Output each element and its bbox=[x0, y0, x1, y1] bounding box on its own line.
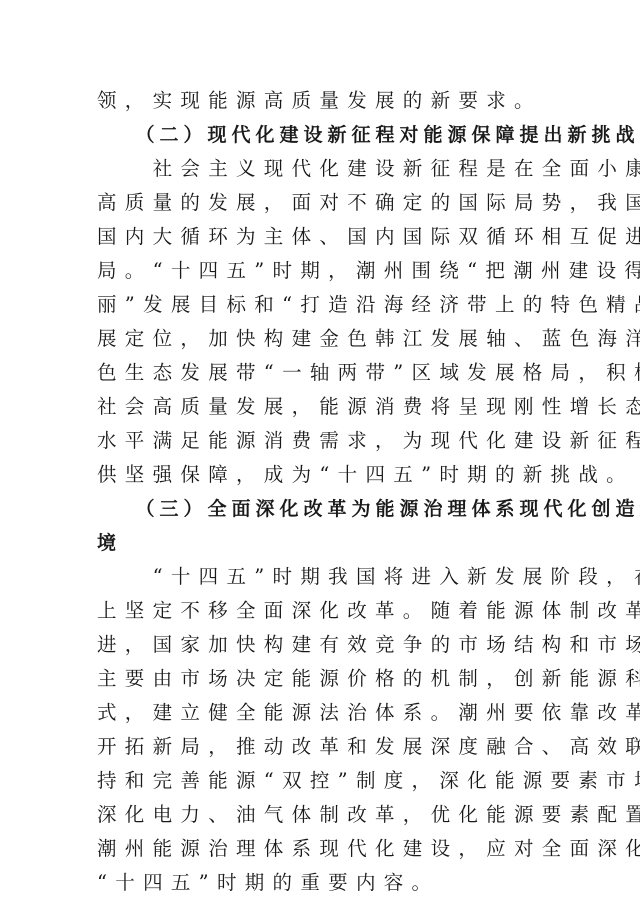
body-text-line: 社会主义现代化建设新征程是在全面小康基础上的更 bbox=[97, 154, 547, 184]
body-text-line: 开拓新局，推动改革和发展深度融合、高效联动，继续坚 bbox=[97, 732, 547, 762]
body-text-line: 高质量的发展，面对不确定的国际局势，我国积极构建以 bbox=[97, 188, 547, 218]
body-text-line: 深化电力、油气体制改革，优化能源要素配置。如何推进 bbox=[97, 800, 547, 830]
body-text-line: 持和完善能源“双控”制度，深化能源要素市场化配置， bbox=[97, 766, 547, 796]
body-text-line: 社会高质量发展，能源消费将呈现刚性增长态势。如何高 bbox=[97, 392, 547, 422]
body-text-line: 国内大循环为主体、国内国际双循环相互促进的新发展格 bbox=[97, 222, 547, 252]
body-text-line: 色生态发展带“一轴两带”区域发展格局，积极推进经济 bbox=[97, 358, 547, 388]
body-text-line: 丽”发展目标和“打造沿海经济带上的特色精品城市”发 bbox=[97, 290, 547, 320]
body-text-line: 式，建立健全能源法治体系。潮州要依靠改革应对变局、 bbox=[97, 698, 547, 728]
body-text-line: 展定位，加快构建金色韩江发展轴、蓝色海洋经济带、绿 bbox=[97, 324, 547, 354]
body-text-line: 进，国家加快构建有效竞争的市场结构和市场体系，形成 bbox=[97, 630, 547, 660]
section-heading-2: （二）现代化建设新征程对能源保障提出新挑战 bbox=[97, 120, 547, 150]
section-heading-3-continued: 境 bbox=[97, 528, 547, 558]
section-heading-3: （三）全面深化改革为能源治理体系现代化创造新环 bbox=[97, 494, 547, 524]
body-text-line: 潮州能源治理体系现代化建设，应对全面深化改革，成为 bbox=[97, 834, 547, 864]
body-text-line: “十四五”时期我国将进入新发展阶段，在更高起点 bbox=[97, 562, 547, 592]
body-text-line: “十四五”时期的重要内容。 bbox=[97, 868, 547, 898]
document-page: 领，实现能源高质量发展的新要求。 （二）现代化建设新征程对能源保障提出新挑战 社… bbox=[0, 0, 640, 905]
body-text-line: 局。“十四五”时期，潮州围绕“把潮州建设得更加美 bbox=[97, 256, 547, 286]
body-text-line: 上坚定不移全面深化改革。随着能源体制改革向深水区迈 bbox=[97, 596, 547, 626]
body-text-line: 水平满足能源消费需求，为现代化建设新征程开篇布局提 bbox=[97, 426, 547, 456]
body-text-line: 主要由市场决定能源价格的机制，创新能源科学管理模 bbox=[97, 664, 547, 694]
body-text-line: 供坚强保障，成为“十四五”时期的新挑战。 bbox=[97, 460, 547, 490]
body-text-line: 领，实现能源高质量发展的新要求。 bbox=[97, 86, 547, 116]
